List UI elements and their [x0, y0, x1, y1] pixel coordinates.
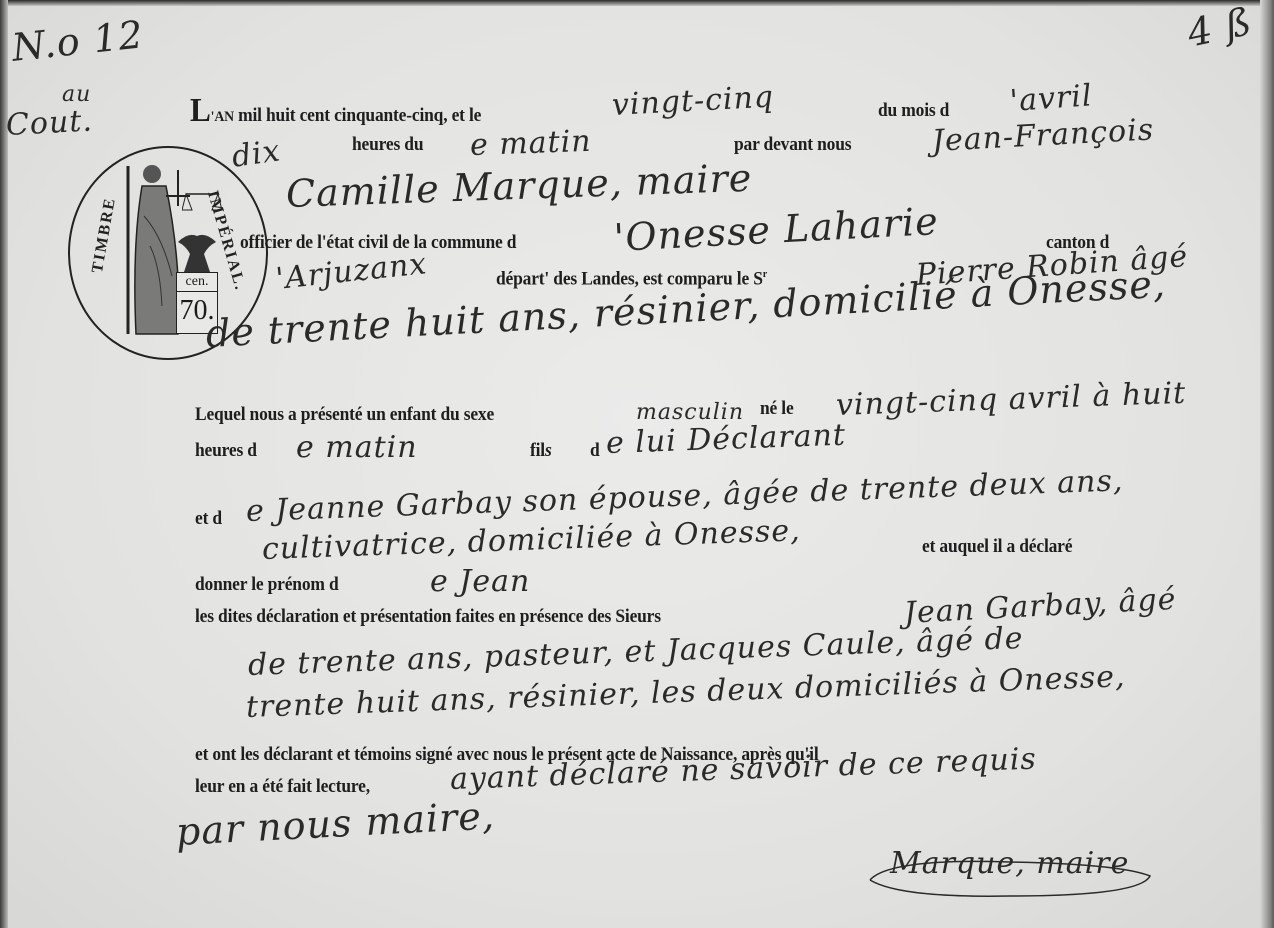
civil-record-page: N.o 12 au Cout. 4 ß TIMBRE IMPÉRIAL. cen…	[0, 0, 1274, 928]
scan-edge-top	[0, 0, 1274, 6]
stamp-text-timbre: TIMBRE	[89, 196, 120, 275]
printed-ne: né le	[760, 398, 794, 420]
printed-year-text: mil huit cent cinquante-cinq, et le	[238, 105, 481, 126]
hand-mayor-name: Camille Marque, maire	[285, 156, 753, 216]
printed-heures: heures du	[352, 134, 423, 156]
hand-prenom: e Jean	[430, 564, 530, 599]
stamp-denomination-unit: cen.	[177, 273, 217, 292]
hand-day: vingt-cinq	[611, 80, 775, 123]
hand-time-of-day: e matin	[469, 124, 592, 163]
printed-fils: fils	[530, 440, 552, 462]
sieur-suffix: r	[763, 268, 767, 280]
hand-month: 'avril	[1009, 78, 1094, 119]
smallcaps-an: 'AN	[211, 109, 234, 125]
printed-fils-text: fil	[530, 440, 545, 461]
hand-mayor-first: Jean-François	[931, 112, 1155, 159]
scales-icon	[182, 188, 222, 228]
printed-heures-d: heures d	[195, 440, 257, 462]
printed-lequel: Lequel nous a présenté un enfant du sexe	[195, 404, 494, 426]
folio-number: 4 ß	[1183, 0, 1255, 56]
margin-note-cout: Cout.	[5, 103, 94, 143]
printed-leur: leur en a été fait lecture,	[195, 776, 370, 798]
hand-birth-date: vingt-cinq avril à huit	[835, 376, 1186, 423]
printed-et-de: et d	[195, 508, 222, 530]
printed-devant: par devant nous	[734, 134, 851, 156]
printed-mois: du mois d	[878, 100, 949, 122]
signature-flourish-icon	[860, 836, 1160, 906]
hand-commune: 'Onesse Laharie	[613, 199, 940, 260]
printed-donner: donner le prénom d	[195, 574, 339, 596]
printed-auquel: et auquel il a déclaré	[922, 536, 1072, 558]
hand-fils-suffix: s	[545, 440, 552, 461]
record-number: N.o 12	[10, 12, 146, 70]
hand-fils-of: e lui Déclarant	[605, 418, 846, 461]
drop-initial: L	[190, 92, 211, 129]
printed-de: d	[590, 440, 600, 462]
hand-hour: dix	[230, 133, 283, 174]
eagle-icon	[174, 232, 220, 274]
printed-dites: les dites déclaration et présentation fa…	[195, 606, 661, 628]
hand-closing2: par nous maire,	[175, 793, 496, 854]
hand-birth-time: e matin	[296, 430, 418, 465]
printed-line-year: L'AN mil huit cent cinquante-cinq, et le	[190, 92, 481, 130]
scan-edge-right	[1260, 0, 1274, 928]
